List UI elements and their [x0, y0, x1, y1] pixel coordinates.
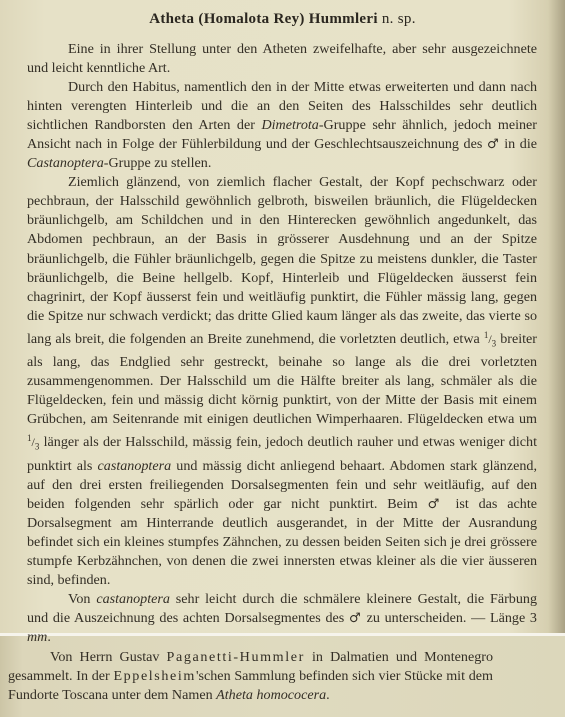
species-description: Eine in ihrer Stellung unter den Atheten…	[27, 40, 537, 647]
text-run: Von	[68, 591, 96, 607]
text-run: Ziemlich glänzend, von ziemlich flacher …	[27, 174, 537, 346]
paragraph-comparison: Von castanoptera sehr leicht durch die s…	[27, 590, 537, 647]
species-heading: Atheta (Homalota Rey) Hummleri n. sp.	[0, 11, 565, 28]
text-run: zu unterscheiden. — Länge 3	[362, 610, 537, 626]
species-status: n. sp.	[382, 11, 416, 27]
male-symbol-icon: ♂	[349, 611, 362, 626]
subgenus-name: (Homalota Rey)	[198, 11, 304, 27]
paragraph-intro-text: Eine in ihrer Stellung unter den Atheten…	[27, 41, 537, 76]
collector-name: Paganetti-Hummler	[167, 649, 305, 665]
text-run: -Gruppe zu stellen.	[104, 155, 212, 171]
fraction-one-third: 1/3	[484, 332, 496, 346]
length-unit: mm	[27, 629, 47, 645]
paragraph-description: Ziemlich glänzend, von ziemlich flacher …	[27, 173, 537, 590]
fraction-numerator: 1	[484, 330, 489, 340]
taxon-italic: Atheta homococera	[216, 687, 326, 703]
taxon-italic: castanoptera	[98, 458, 172, 474]
text-run: in die	[500, 136, 537, 152]
taxon-italic: Castanoptera	[27, 155, 104, 171]
fraction-one-third: 1/3	[27, 435, 39, 449]
male-symbol-icon: ♂	[428, 497, 446, 512]
collection-name: Eppelsheim	[113, 668, 196, 684]
paragraph-habitus: Durch den Habitus, namentlich den in der…	[27, 78, 537, 173]
collection-note: Von Herrn Gustav Paganetti-Hummler in Da…	[8, 648, 493, 705]
text-run: Von Herrn Gustav	[50, 649, 167, 665]
male-symbol-icon: ♂	[487, 137, 500, 152]
text-run: .	[326, 687, 330, 703]
fraction-numerator: 1	[27, 433, 32, 443]
taxon-italic: Dimetrota	[261, 117, 318, 133]
species-name: Hummleri	[309, 11, 378, 27]
text-run: .	[47, 629, 51, 645]
genus-name: Atheta	[149, 11, 194, 27]
taxon-italic: castanoptera	[96, 591, 170, 607]
paragraph-intro: Eine in ihrer Stellung unter den Atheten…	[27, 40, 537, 78]
paragraph-collection: Von Herrn Gustav Paganetti-Hummler in Da…	[8, 648, 493, 705]
